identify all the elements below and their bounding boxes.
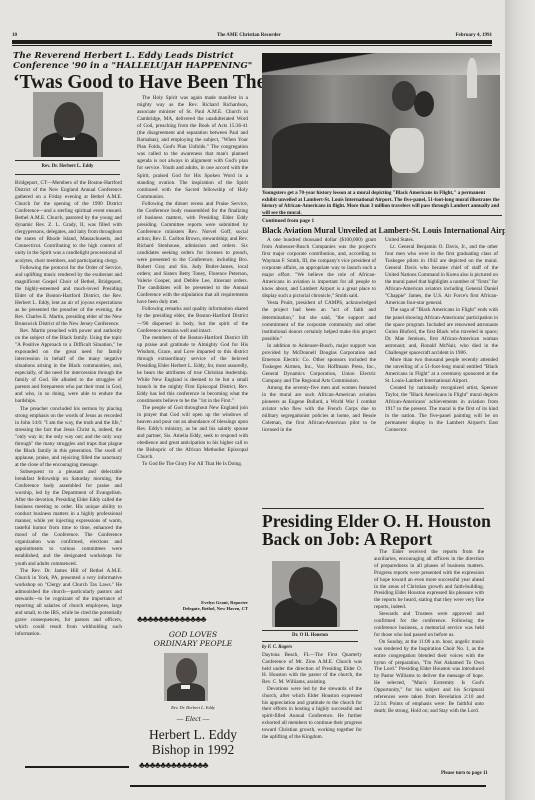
photo-rule xyxy=(262,641,358,642)
mural-headline: Black Aviation Mural Unveiled at Lambert… xyxy=(262,226,502,235)
page-number: 10 xyxy=(12,33,17,38)
issue-date: February 4, 1991 xyxy=(455,33,492,38)
photo-rule xyxy=(15,160,120,161)
eddy-kicker: The Reverend Herbert L. Eddy Leads Distr… xyxy=(13,51,253,71)
turn-page-note: Please turn to page 11 xyxy=(441,771,488,776)
houston-column-1: Daytona Beach, FL—The First Quarterly Co… xyxy=(262,652,362,740)
newspaper-page: 10 The AME Christian Recorder February 4… xyxy=(0,0,512,800)
houston-photo-caption: Dr. O H. Houston xyxy=(262,633,358,638)
eddy-photo xyxy=(33,92,103,157)
houston-column-2: The Elder received the reports from the … xyxy=(374,549,484,715)
houston-headline: Presiding Elder O. H. Houston Back on Jo… xyxy=(262,512,502,548)
continued-note: Continued from page 1 xyxy=(262,218,314,224)
eddy-column-2: The Holy Spirit was again made manifest … xyxy=(137,95,248,468)
signature-delegate: Delegate, Bethel, New Haven, CT xyxy=(137,606,248,611)
ad-title: GOD LOVES ORDINARY PEOPLE xyxy=(133,630,253,648)
ad-photo-caption: Rev. Dr. Herbert L. Eddy xyxy=(133,705,253,710)
page-gutter-shadow xyxy=(505,0,535,800)
houston-byline: by F. C. Rogers xyxy=(262,645,292,650)
eddy-column-1: Bridgeport, CT—Members of the Boston-Har… xyxy=(15,180,122,638)
mural-photo-caption: Youngsters get a 70-year history lesson … xyxy=(262,190,500,216)
publication-name: The AME Christian Recorder xyxy=(217,33,281,38)
bottom-rule xyxy=(130,785,486,787)
ad-elect-label: — Elect — xyxy=(133,714,253,723)
ornament-row-bottom: ♣♣♣♣♣♣♣♣♣♣♣♣♣ xyxy=(139,760,208,770)
photo-rule xyxy=(15,174,120,175)
mural-photo xyxy=(262,53,500,188)
houston-photo xyxy=(272,561,340,627)
eddy-photo-caption: Rev. Dr. Herbert L. Eddy xyxy=(15,164,120,169)
ornament-row-top: ♣♣♣♣♣♣♣♣♣♣♣♣♣ xyxy=(137,614,206,624)
ad-photo xyxy=(164,653,208,701)
photo-rule xyxy=(262,630,358,631)
section-rule xyxy=(262,215,502,216)
eddy-headline: ‘Twas Good to Have Been There xyxy=(13,73,258,93)
masthead-rule-thin xyxy=(12,45,492,46)
signature-reporter: Evelyn Grant, Reporter xyxy=(137,600,248,605)
column-end-rule xyxy=(25,766,129,768)
section-rule xyxy=(262,508,484,509)
mural-column-1: A one hundred thousand dollar ($100,000)… xyxy=(262,237,376,434)
mural-column-2: United States. Lt. General Benjamin O. D… xyxy=(385,237,498,434)
masthead-rule xyxy=(12,40,492,44)
ad-candidate-name: Herbert L. Eddy Bishop in 1992 xyxy=(133,727,253,757)
